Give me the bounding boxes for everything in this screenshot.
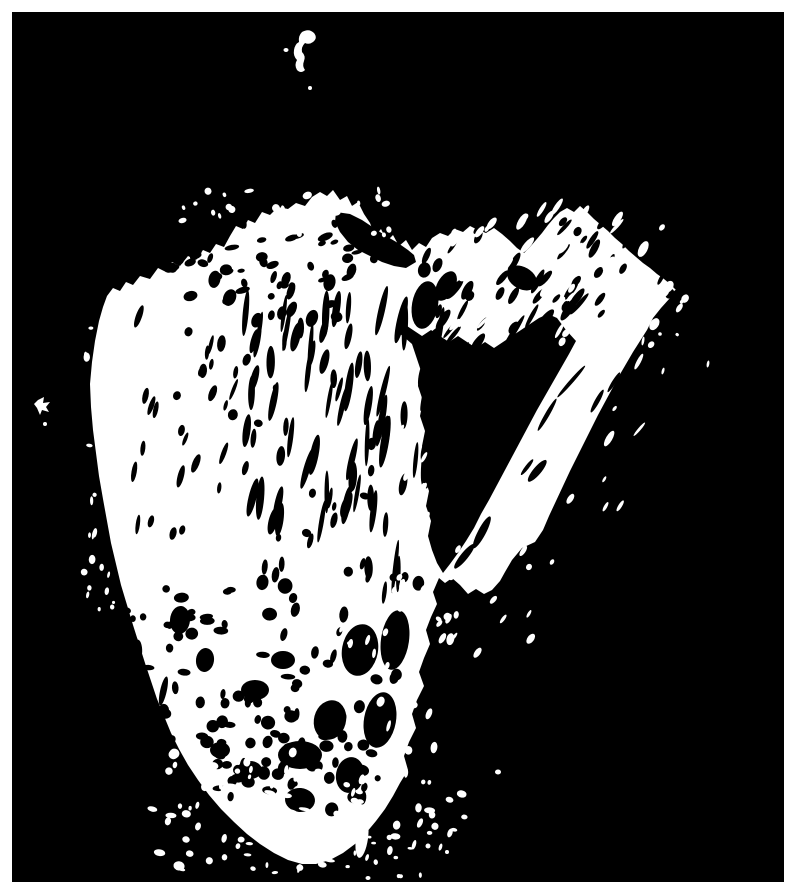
binary-threshold-image	[0, 0, 797, 896]
dark-bottom-taper	[258, 766, 270, 780]
white-fleck	[284, 48, 289, 52]
light-bottom-far-specks	[387, 835, 392, 840]
white-fleck	[495, 770, 501, 775]
white-fleck	[43, 422, 47, 426]
white-fleck	[445, 850, 449, 854]
white-fleck	[658, 332, 662, 336]
white-fleck	[308, 86, 312, 90]
figure-canvas	[0, 0, 797, 896]
white-fleck	[106, 327, 110, 333]
light-left-fringe	[87, 585, 91, 591]
white-fleck	[426, 844, 431, 849]
dark-blotch	[271, 651, 295, 669]
white-fleck	[366, 876, 371, 880]
